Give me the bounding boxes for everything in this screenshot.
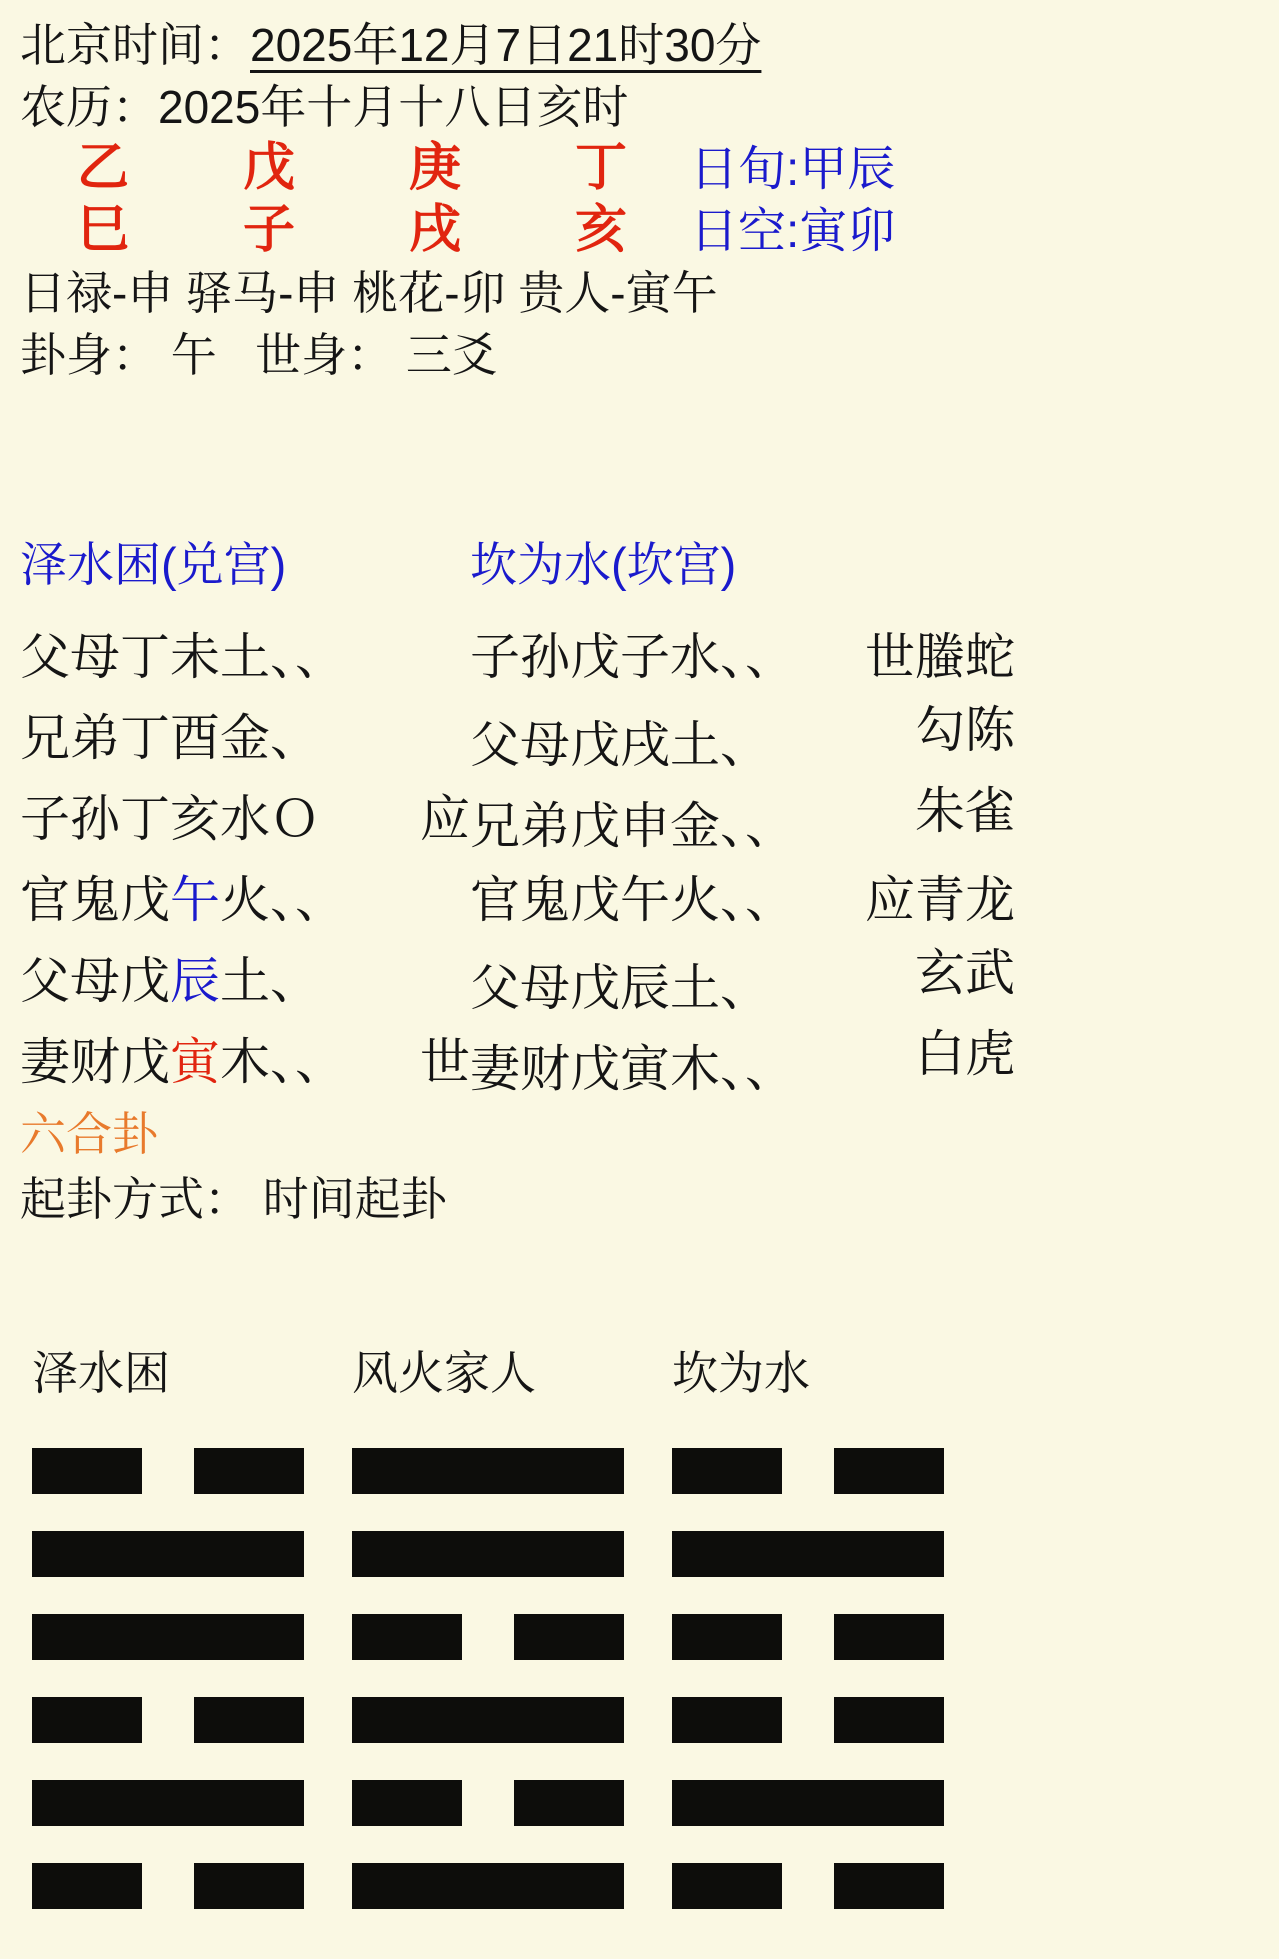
hexagram-line — [672, 1863, 944, 1909]
yao-right-text: 妻财戊寅木、、 — [470, 1029, 795, 1101]
yao-row-4: 子孙丁亥水Ｏ应 兄弟戊申金、、朱雀 — [0, 774, 1279, 855]
yao-left-text: 妻财戊寅木、、 — [20, 1022, 345, 1094]
liuyao-divination-screen: { "colors": { "background": "#faf8e3", "… — [0, 0, 1279, 1959]
hexagram-title-changed: 坎为水 — [672, 1344, 944, 1402]
yao-right-text: 父母戊戌土、 — [470, 705, 770, 777]
hexagram-line — [352, 1863, 624, 1909]
yao-left-text: 兄弟丁酉金、 — [20, 698, 320, 770]
six-spirit-label: 青龙 — [915, 860, 1015, 932]
stems-row: 乙 戊 庚 丁 日旬:甲辰 — [0, 138, 1279, 200]
hexagram-line — [32, 1780, 304, 1826]
hexagram-figure-changed — [672, 1448, 944, 1909]
branch-month: 子 — [186, 200, 352, 260]
hexagram-line — [352, 1780, 624, 1826]
yao-table: 父母丁未土、、 子孙戊子水、、世螣蛇 兄弟丁酉金、 父母戊戌土、勾陈 子孙丁亥水… — [0, 612, 1279, 1098]
method-line: 起卦方式： 时间起卦 — [0, 1166, 1279, 1232]
yao-right-text: 子孙戊子水、、 — [470, 617, 795, 689]
beijing-time-value: 2025年12月7日21时30分 — [250, 19, 761, 71]
hexagram-figures — [0, 1448, 1279, 1909]
six-spirit-label: 玄武 — [915, 933, 1015, 1005]
bottom-hexagram-titles: 泽水困 风火家人 坎为水 — [0, 1344, 1279, 1402]
hexagram-line — [672, 1531, 944, 1577]
yao-left-text: 父母丁未土、、 — [20, 617, 345, 689]
six-spirit-label: 朱雀 — [915, 771, 1015, 843]
hexagram-line — [32, 1863, 304, 1909]
yao-right-marker: 世 — [865, 617, 915, 689]
gua-shen-line: 卦身： 午 世身： 三爻 — [0, 324, 1279, 386]
ri-kong-label: 日空:寅卯 — [690, 202, 895, 262]
stars-line: 日禄-申 驿马-申 桃花-卯 贵人-寅午 — [0, 262, 1279, 324]
six-spirit-label: 勾陈 — [915, 690, 1015, 762]
yao-row-2: 父母戊辰土、 父母戊辰土、玄武 — [0, 936, 1279, 1017]
branch-year: 巳 — [20, 200, 186, 260]
yao-left-text: 父母戊辰土、 — [20, 941, 320, 1013]
yao-right-marker: 应 — [865, 860, 915, 932]
yao-right-text: 父母戊辰土、 — [470, 948, 770, 1020]
yao-right-text: 兄弟戊申金、、 — [470, 786, 795, 858]
yao-right-text: 官鬼戊午火、、 — [470, 860, 795, 932]
hexagram-line — [672, 1780, 944, 1826]
hexagram-line — [352, 1531, 624, 1577]
hexagram-line — [672, 1697, 944, 1743]
stem-month: 戊 — [186, 138, 352, 198]
gua-titles-row: 泽水困(兑宫) 坎为水(坎宫) — [0, 536, 1279, 594]
beijing-time-line: 北京时间：2025年12月7日21时30分 — [0, 14, 1279, 76]
branches-row: 巳 子 戌 亥 日空:寅卯 — [0, 200, 1279, 262]
beijing-time-label: 北京时间： — [20, 19, 250, 71]
hexagram-figure-main — [32, 1448, 304, 1909]
hexagram-line — [352, 1448, 624, 1494]
six-spirit-label: 螣蛇 — [915, 617, 1015, 689]
yao-row-5: 兄弟丁酉金、 父母戊戌土、勾陈 — [0, 693, 1279, 774]
hexagram-line — [32, 1614, 304, 1660]
yao-row-6: 父母丁未土、、 子孙戊子水、、世螣蛇 — [0, 612, 1279, 693]
yao-row-3: 官鬼戊午火、、 官鬼戊午火、、应青龙 — [0, 855, 1279, 936]
liu-he-badge: 六合卦 — [0, 1102, 1279, 1166]
yao-row-1: 妻财戊寅木、、世 妻财戊寅木、、白虎 — [0, 1017, 1279, 1098]
changed-gua-title: 坎为水(坎宫) — [470, 536, 736, 594]
hexagram-line — [672, 1614, 944, 1660]
yao-left-marker: 应 — [420, 779, 470, 851]
stem-day: 庚 — [352, 138, 518, 198]
hexagram-line — [672, 1448, 944, 1494]
branch-day: 戌 — [352, 200, 518, 260]
hexagram-title-mutual: 风火家人 — [352, 1344, 624, 1402]
yao-left-text: 子孙丁亥水Ｏ — [20, 779, 320, 851]
lunar-date-line: 农历：2025年十月十八日亥时 — [0, 76, 1279, 138]
hexagram-line — [32, 1697, 304, 1743]
hexagram-line — [32, 1531, 304, 1577]
six-spirit-label: 白虎 — [915, 1014, 1015, 1086]
stem-year: 乙 — [20, 138, 186, 198]
hexagram-line — [352, 1614, 624, 1660]
main-gua-title: 泽水困(兑宫) — [20, 536, 470, 594]
hexagram-line — [32, 1448, 304, 1494]
ri-xun-label: 日旬:甲辰 — [690, 140, 895, 200]
stem-hour: 丁 — [518, 138, 684, 198]
hexagram-title-main: 泽水困 — [32, 1344, 304, 1402]
yao-left-marker: 世 — [420, 1022, 470, 1094]
yao-left-text: 官鬼戊午火、、 — [20, 860, 345, 932]
hexagram-figure-mutual — [352, 1448, 624, 1909]
hexagram-line — [352, 1697, 624, 1743]
branch-hour: 亥 — [518, 200, 684, 260]
